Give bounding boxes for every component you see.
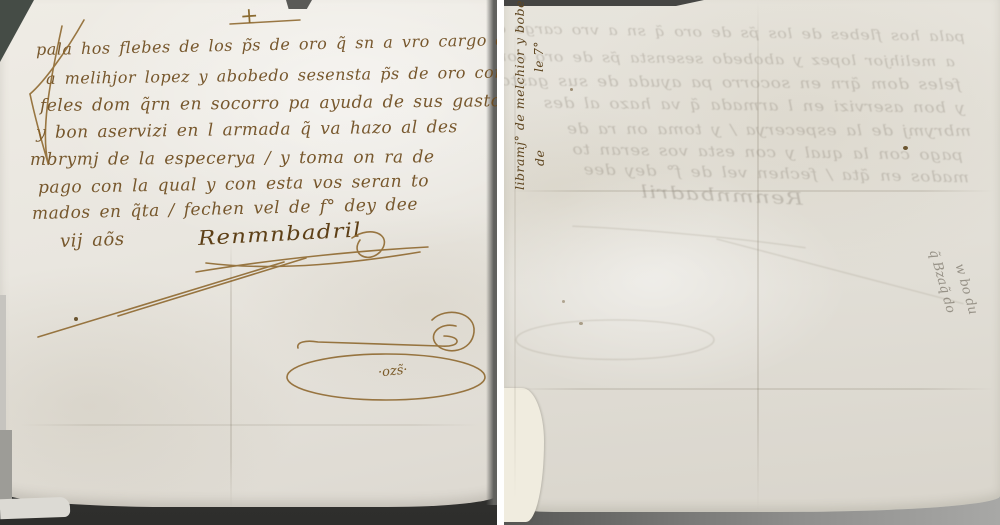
manuscript-photo-pair: + pala hos flebes de los p̃s de oro q̃ s… xyxy=(0,0,1000,525)
manuscript-date-line: vij aõs xyxy=(60,229,125,252)
ink-bleedthrough: pala hos flebes de los p̃s de oro q̃ sn … xyxy=(504,0,1000,446)
ink-speck xyxy=(562,300,565,303)
bleedthrough-signature: Renmnbadril xyxy=(639,181,804,209)
margin-annotation-3: le 7° xyxy=(532,41,546,72)
ink-speck xyxy=(903,146,908,150)
left-page-edge xyxy=(0,295,6,445)
ink-speck xyxy=(74,317,78,321)
bleedthrough-line: y bon aservizi en l armada q̃ va hazo al… xyxy=(543,95,965,117)
ink-speck xyxy=(579,322,583,325)
verso-photo: pala hos flebes de los p̃s de oro q̃ sn … xyxy=(504,0,1000,525)
invocation-cross: + xyxy=(239,3,259,29)
bleedthrough-line: mbrymj de la especerya / y toma on ra de xyxy=(566,121,971,141)
fold-crease xyxy=(20,424,480,426)
margin-annotation: libramj° de melchior y bobed° xyxy=(512,0,527,190)
stacked-page-edge xyxy=(0,497,70,519)
ink-speck xyxy=(570,88,573,91)
bleedthrough-line: a melihjor lopez y abobedo sesensta p̃s … xyxy=(504,48,955,70)
margin-annotation-2: de xyxy=(532,150,547,166)
recto-photo: + pala hos flebes de los p̃s de oro q̃ s… xyxy=(0,0,497,525)
fold-crease xyxy=(230,240,232,510)
manuscript-line: mbrymj de la especerya / y toma on ra de xyxy=(30,147,435,170)
oval-flourish-inscription: ·ozs̃· xyxy=(377,362,408,380)
bleedthrough-line: pago con la qual y con esta vos seran to xyxy=(572,141,963,164)
bleedthrough-line: pala hos flebes de los p̃s de oro q̃ sn … xyxy=(504,20,965,45)
